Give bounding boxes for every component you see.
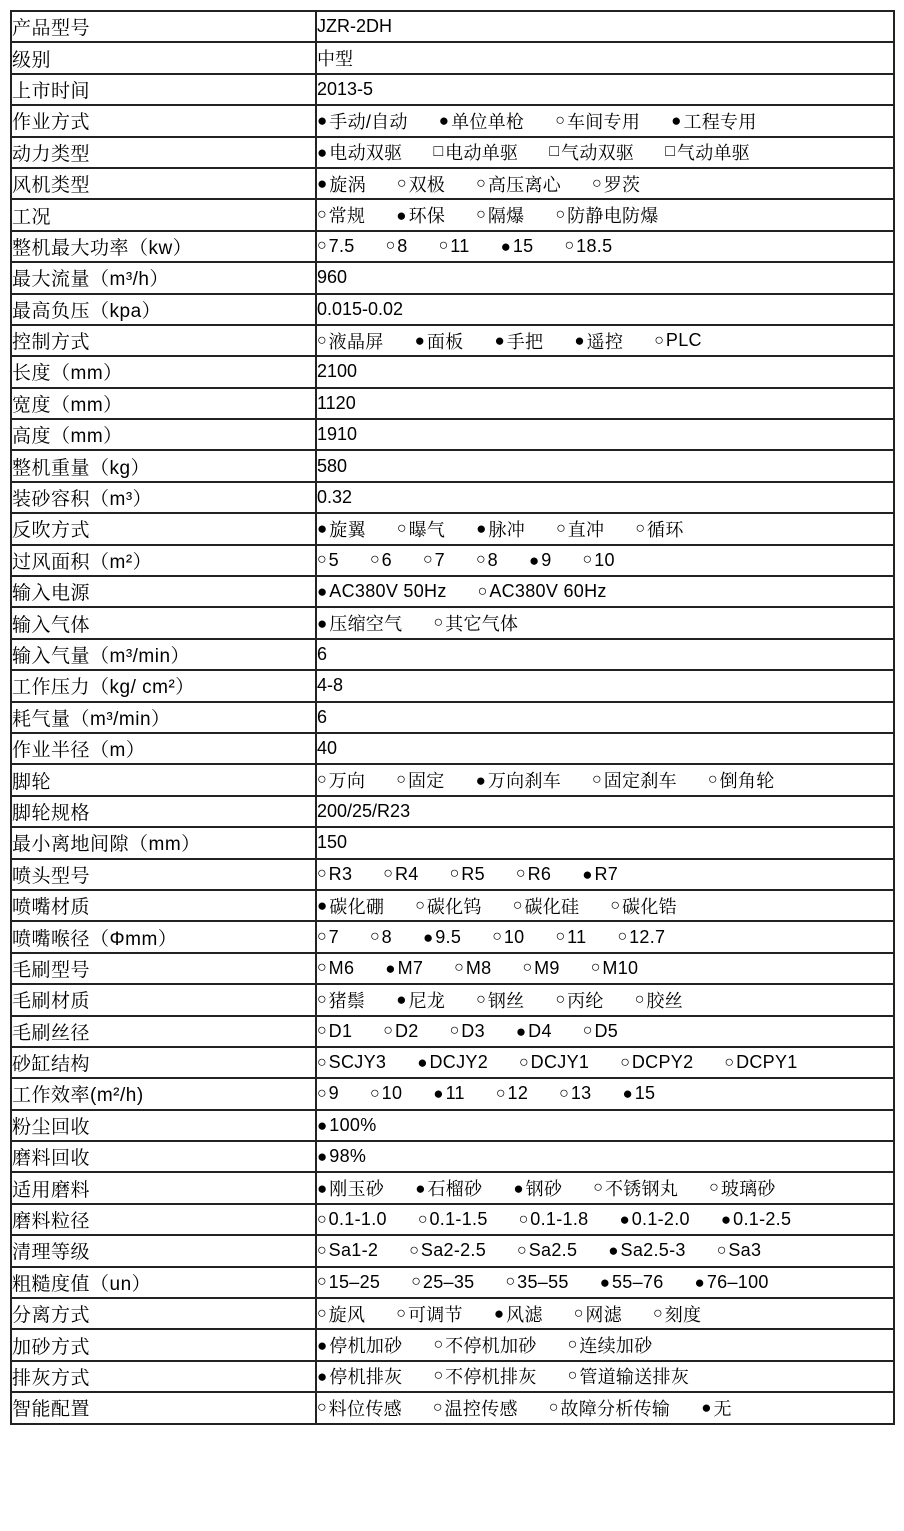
option: ●单位单枪	[439, 108, 524, 134]
table-row: 输入气体●压缩空气○其它气体	[11, 607, 894, 638]
row-value: ○9○10●11○12○13●15	[316, 1078, 894, 1109]
option: ○6	[370, 550, 392, 571]
option: ●旋翼	[317, 516, 366, 542]
row-value: ○Sa1-2○Sa2-2.5○Sa2.5●Sa2.5-3○Sa3	[316, 1235, 894, 1266]
option-label: 碳化钨	[427, 893, 482, 919]
option-group: ○15–25○25–35○35–55●55–76●76–100	[317, 1272, 893, 1293]
row-value: ○旋风○可调节●风滤○网滤○刻度	[316, 1298, 894, 1329]
row-value: 6	[316, 702, 894, 733]
value-text: 200/25/R23	[317, 801, 410, 821]
option: ○10	[370, 1083, 402, 1104]
option: ○直冲	[556, 516, 604, 542]
option: ○隔爆	[476, 202, 524, 228]
option-label: 8	[488, 550, 498, 571]
table-row: 适用磨料●刚玉砂●石榴砂●钢砂○不锈钢丸○玻璃砂	[11, 1172, 894, 1203]
radio-filled-icon: ●	[671, 112, 681, 129]
row-label: 最大流量（m³/h）	[11, 262, 316, 293]
option-group: ●98%	[317, 1146, 893, 1167]
option: ○9	[317, 1083, 339, 1104]
radio-filled-icon: ●	[516, 1023, 526, 1040]
row-value: ○猪鬃●尼龙○钢丝○丙纶○胶丝	[316, 984, 894, 1015]
row-label: 产品型号	[11, 11, 316, 42]
option: ●98%	[317, 1146, 366, 1167]
radio-filled-icon: ●	[415, 1180, 425, 1197]
option-label: 0.1-2.0	[632, 1209, 690, 1230]
option: ○旋风	[317, 1301, 365, 1327]
row-label: 磨料回收	[11, 1141, 316, 1172]
option-label: 旋翼	[329, 516, 366, 542]
option: ○11	[555, 927, 586, 948]
option: ●100%	[317, 1115, 377, 1136]
table-row: 最大流量（m³/h）960	[11, 262, 894, 293]
option: ○常规	[317, 202, 365, 228]
table-row: 排灰方式●停机排灰○不停机排灰○管道输送排灰	[11, 1361, 894, 1392]
table-row: 耗气量（m³/min）6	[11, 702, 894, 733]
option-label: 旋风	[329, 1301, 366, 1327]
radio-filled-icon: ●	[396, 207, 406, 224]
option-label: 35–55	[517, 1272, 569, 1293]
option-group: ○SCJY3●DCJY2○DCJY1○DCPY2○DCPY1	[317, 1052, 893, 1073]
option: ○DCPY1	[724, 1052, 797, 1073]
option: ●万向刹车	[476, 767, 561, 793]
value-text: JZR-2DH	[317, 16, 392, 36]
row-label: 毛刷型号	[11, 953, 316, 984]
table-row: 控制方式○液晶屏●面板●手把●遥控○PLC	[11, 325, 894, 356]
option-label: 8	[397, 236, 407, 257]
option: ○温控传感	[433, 1395, 518, 1421]
row-label: 分离方式	[11, 1298, 316, 1329]
radio-filled-icon: ●	[317, 520, 327, 537]
radio-filled-icon: ●	[317, 583, 327, 600]
option: ○15–25	[317, 1272, 380, 1293]
option: ○D1	[317, 1021, 352, 1042]
option-label: 电动单驱	[445, 139, 518, 165]
option: ●M7	[385, 958, 423, 979]
table-row: 毛刷材质○猪鬃●尼龙○钢丝○丙纶○胶丝	[11, 984, 894, 1015]
row-value: ○万向○固定●万向刹车○固定刹车○倒角轮	[316, 764, 894, 795]
radio-empty-icon: ○	[476, 992, 486, 1008]
option-label: R3	[329, 864, 353, 885]
option: ○循环	[635, 516, 683, 542]
option-label: 猪鬃	[329, 987, 366, 1013]
option: ●面板	[415, 328, 464, 354]
row-value: ○SCJY3●DCJY2○DCJY1○DCPY2○DCPY1	[316, 1047, 894, 1078]
option: ○Sa2.5	[517, 1240, 577, 1261]
option-label: 遥控	[587, 328, 624, 354]
option-label: 0.1-2.5	[733, 1209, 791, 1230]
row-label: 高度（mm）	[11, 419, 316, 450]
radio-empty-icon: ○	[317, 1086, 327, 1102]
option-label: 单位单枪	[451, 108, 524, 134]
option: ●15	[501, 236, 534, 257]
row-value: 6	[316, 639, 894, 670]
option: ○10	[492, 927, 524, 948]
row-label: 控制方式	[11, 325, 316, 356]
radio-empty-icon: ○	[450, 1023, 460, 1039]
option: ○D3	[450, 1021, 485, 1042]
option-group: ○7.5○8○11●15○18.5	[317, 236, 893, 257]
option: ○D5	[583, 1021, 618, 1042]
value-text: 960	[317, 267, 347, 287]
radio-filled-icon: ●	[494, 1305, 504, 1322]
option: ●R7	[582, 864, 618, 885]
option: ●旋涡	[317, 171, 366, 197]
radio-empty-icon: ○	[317, 333, 327, 349]
row-value: 200/25/R23	[316, 796, 894, 827]
option-label: 钢砂	[526, 1175, 563, 1201]
radio-empty-icon: ○	[568, 1337, 578, 1353]
radio-empty-icon: ○	[556, 521, 566, 537]
option-label: 76–100	[707, 1272, 769, 1293]
radio-filled-icon: ●	[695, 1274, 705, 1291]
radio-empty-icon: ○	[317, 1243, 327, 1259]
radio-filled-icon: ●	[317, 897, 327, 914]
radio-filled-icon: ●	[417, 1054, 427, 1071]
row-label: 粗糙度值（un）	[11, 1267, 316, 1298]
option: ○碳化钨	[415, 893, 482, 919]
radio-filled-icon: ●	[574, 332, 584, 349]
option-label: Sa3	[728, 1240, 761, 1261]
option-label: D3	[461, 1021, 485, 1042]
option: ●脉冲	[476, 516, 525, 542]
row-label: 输入气量（m³/min）	[11, 639, 316, 670]
option: ●无	[701, 1395, 732, 1421]
row-value: ●电动双驱□电动单驱□气动双驱□气动单驱	[316, 137, 894, 168]
option: ○固定	[396, 767, 444, 793]
row-label: 整机最大功率（kw）	[11, 231, 316, 262]
row-value: 0.015-0.02	[316, 294, 894, 325]
radio-filled-icon: ●	[317, 175, 327, 192]
table-row: 产品型号JZR-2DH	[11, 11, 894, 42]
radio-empty-icon: ○	[317, 1023, 327, 1039]
radio-filled-icon: ●	[608, 1242, 618, 1259]
option-group: ○Sa1-2○Sa2-2.5○Sa2.5●Sa2.5-3○Sa3	[317, 1240, 893, 1261]
radio-empty-icon: ○	[549, 1400, 559, 1416]
radio-empty-icon: ○	[476, 176, 486, 192]
table-row: 喷嘴喉径（Φmm）○7○8●9.5○10○11○12.7	[11, 921, 894, 952]
radio-filled-icon: ●	[701, 1399, 711, 1416]
radio-empty-icon: ○	[583, 1023, 593, 1039]
radio-empty-icon: ○	[654, 333, 664, 349]
radio-empty-icon: ○	[555, 207, 565, 223]
option-label: 电动双驱	[329, 139, 402, 165]
row-value: ●压缩空气○其它气体	[316, 607, 894, 638]
row-value: ○7.5○8○11●15○18.5	[316, 231, 894, 262]
option-label: 常规	[329, 202, 366, 228]
row-value: 4-8	[316, 670, 894, 701]
option: ●15	[622, 1083, 655, 1104]
row-label: 毛刷材质	[11, 984, 316, 1015]
option-label: 13	[571, 1083, 592, 1104]
option-label: SCJY3	[329, 1052, 387, 1073]
option-label: 高压离心	[488, 171, 561, 197]
option-label: M7	[398, 958, 424, 979]
row-value: ●手动/自动●单位单枪○车间专用●工程专用	[316, 105, 894, 136]
radio-filled-icon: ●	[513, 1180, 523, 1197]
radio-empty-icon: ○	[519, 1212, 529, 1228]
row-label: 毛刷丝径	[11, 1016, 316, 1047]
radio-filled-icon: ●	[317, 1337, 327, 1354]
option-label: Sa2.5	[529, 1240, 578, 1261]
value-text: 2100	[317, 361, 357, 381]
radio-empty-icon: ○	[610, 898, 620, 914]
table-row: 粗糙度值（un）○15–25○25–35○35–55●55–76●76–100	[11, 1267, 894, 1298]
radio-empty-icon: ○	[317, 1400, 327, 1416]
option: ○高压离心	[476, 171, 561, 197]
row-value: 960	[316, 262, 894, 293]
option: ○0.1-1.8	[519, 1209, 589, 1230]
spec-table: 产品型号JZR-2DH级别中型上市时间2013-5作业方式●手动/自动●单位单枪…	[10, 10, 895, 1425]
row-value: 40	[316, 733, 894, 764]
option-label: Sa2.5-3	[621, 1240, 686, 1261]
option-label: 0.1-1.5	[429, 1209, 487, 1230]
option: ○固定刹车	[592, 767, 677, 793]
option-label: DCJY2	[429, 1052, 488, 1073]
option-label: 15–25	[329, 1272, 381, 1293]
radio-empty-icon: ○	[317, 1306, 327, 1322]
option-label: D1	[329, 1021, 353, 1042]
radio-filled-icon: ●	[582, 866, 592, 883]
row-label: 磨料粒径	[11, 1204, 316, 1235]
value-text: 1120	[317, 393, 356, 413]
option: ○其它气体	[433, 610, 518, 636]
option: ○M8	[454, 958, 491, 979]
option: ○管道输送排灰	[568, 1363, 689, 1389]
radio-filled-icon: ●	[317, 1148, 327, 1165]
option: ○R3	[317, 864, 352, 885]
radio-empty-icon: ○	[724, 1055, 734, 1071]
option-label: 无	[714, 1395, 732, 1421]
option-group: ○D1○D2○D3●D4○D5	[317, 1021, 893, 1042]
radio-filled-icon: ●	[317, 1180, 327, 1197]
option: ●0.1-2.5	[721, 1209, 791, 1230]
option-label: 98%	[329, 1146, 366, 1167]
option-group: ○猪鬃●尼龙○钢丝○丙纶○胶丝	[317, 987, 893, 1013]
option-label: 7	[329, 927, 339, 948]
option-label: 双极	[409, 171, 446, 197]
row-label: 粉尘回收	[11, 1110, 316, 1141]
option-label: 不锈钢丸	[605, 1175, 678, 1201]
option: ○18.5	[564, 236, 612, 257]
row-label: 喷嘴材质	[11, 890, 316, 921]
radio-empty-icon: ○	[386, 238, 396, 254]
radio-filled-icon: ●	[423, 929, 433, 946]
table-row: 智能配置○料位传感○温控传感○故障分析传输●无	[11, 1392, 894, 1423]
option-label: R7	[594, 864, 618, 885]
option-group: ●刚玉砂●石榴砂●钢砂○不锈钢丸○玻璃砂	[317, 1175, 893, 1201]
table-row: 加砂方式●停机加砂○不停机加砂○连续加砂	[11, 1329, 894, 1360]
table-row: 输入电源●AC380V 50Hz○AC380V 60Hz	[11, 576, 894, 607]
option: ●石榴砂	[415, 1175, 482, 1201]
radio-empty-icon: ○	[505, 1274, 515, 1290]
radio-empty-icon: ○	[555, 929, 565, 945]
option: ●Sa2.5-3	[608, 1240, 685, 1261]
option-group: ○液晶屏●面板●手把●遥控○PLC	[317, 328, 893, 354]
option: □气动单驱	[665, 139, 750, 165]
row-label: 最高负压（kpa）	[11, 294, 316, 325]
option: ○Sa3	[717, 1240, 762, 1261]
row-label: 动力类型	[11, 137, 316, 168]
option-label: 可调节	[408, 1301, 463, 1327]
option-label: 脉冲	[488, 516, 525, 542]
option: ○车间专用	[555, 108, 640, 134]
option-label: 风滤	[506, 1301, 543, 1327]
table-row: 喷嘴材质●碳化硼○碳化钨○碳化硅○碳化锆	[11, 890, 894, 921]
option-label: DCPY1	[736, 1052, 798, 1073]
row-value: ●停机排灰○不停机排灰○管道输送排灰	[316, 1361, 894, 1392]
option-label: 11	[450, 236, 469, 257]
option-label: 不停机加砂	[445, 1332, 537, 1358]
radio-empty-icon: ○	[433, 1337, 443, 1353]
radio-filled-icon: ●	[619, 1211, 629, 1228]
option-label: 10	[382, 1083, 403, 1104]
option-group: ●电动双驱□电动单驱□气动双驱□气动单驱	[317, 139, 893, 165]
option-label: 0.1-1.0	[329, 1209, 387, 1230]
option: ●环保	[396, 202, 445, 228]
radio-filled-icon: ●	[317, 615, 327, 632]
table-row: 砂缸结构○SCJY3●DCJY2○DCJY1○DCPY2○DCPY1	[11, 1047, 894, 1078]
row-value: 150	[316, 827, 894, 858]
option-label: 固定刹车	[604, 767, 677, 793]
radio-filled-icon: ●	[415, 332, 425, 349]
option-group: ○料位传感○温控传感○故障分析传输●无	[317, 1395, 893, 1421]
option: ○曝气	[397, 516, 445, 542]
option: ●9.5	[423, 927, 461, 948]
table-row: 磨料粒径○0.1-1.0○0.1-1.5○0.1-1.8●0.1-2.0●0.1…	[11, 1204, 894, 1235]
option: ○12	[496, 1083, 528, 1104]
option-label: 面板	[427, 328, 464, 354]
option-label: M8	[466, 958, 492, 979]
option-label: PLC	[666, 330, 702, 351]
option-label: 压缩空气	[329, 610, 402, 636]
option-label: 料位传感	[329, 1395, 402, 1421]
option-label: 石榴砂	[427, 1175, 482, 1201]
table-row: 上市时间2013-5	[11, 74, 894, 105]
table-row: 工作压力（kg/ cm²）4-8	[11, 670, 894, 701]
row-label: 喷嘴喉径（Φmm）	[11, 921, 316, 952]
option: ○不锈钢丸	[593, 1175, 678, 1201]
table-row: 整机重量（kg）580	[11, 450, 894, 481]
option-label: 25–35	[423, 1272, 475, 1293]
row-value: 1910	[316, 419, 894, 450]
row-value: ○常规●环保○隔爆○防静电防爆	[316, 199, 894, 230]
table-row: 过风面积（m²）○5○6○7○8●9○10	[11, 545, 894, 576]
option-label: 固定	[408, 767, 445, 793]
row-value: ○5○6○7○8●9○10	[316, 545, 894, 576]
row-label: 作业方式	[11, 105, 316, 136]
option-label: 碳化硅	[524, 893, 579, 919]
option: ●风滤	[494, 1301, 543, 1327]
option-label: D4	[528, 1021, 552, 1042]
row-label: 整机重量（kg）	[11, 450, 316, 481]
option: ○SCJY3	[317, 1052, 386, 1073]
radio-empty-icon: ○	[317, 772, 327, 788]
radio-filled-icon: ●	[622, 1085, 632, 1102]
row-label: 长度（mm）	[11, 356, 316, 387]
row-label: 智能配置	[11, 1392, 316, 1423]
table-row: 最高负压（kpa）0.015-0.02	[11, 294, 894, 325]
option-label: AC380V 50Hz	[329, 581, 446, 602]
option-label: 气动双驱	[561, 139, 634, 165]
row-value: ●AC380V 50Hz○AC380V 60Hz	[316, 576, 894, 607]
table-row: 毛刷丝径○D1○D2○D3●D4○D5	[11, 1016, 894, 1047]
option-label: M6	[329, 958, 355, 979]
option-label: 温控传感	[445, 1395, 518, 1421]
option-group: ●100%	[317, 1115, 893, 1136]
option-label: 刻度	[665, 1301, 702, 1327]
option-group: ●压缩空气○其它气体	[317, 610, 893, 636]
table-row: 长度（mm）2100	[11, 356, 894, 387]
row-label: 清理等级	[11, 1235, 316, 1266]
radio-empty-icon: ○	[476, 207, 486, 223]
row-value: ●旋翼○曝气●脉冲○直冲○循环	[316, 513, 894, 544]
option-label: 直冲	[568, 516, 605, 542]
option: □气动双驱	[549, 139, 634, 165]
row-label: 反吹方式	[11, 513, 316, 544]
option: ○玻璃砂	[709, 1175, 776, 1201]
table-row: 高度（mm）1910	[11, 419, 894, 450]
option-label: DCPY2	[632, 1052, 694, 1073]
option: ●工程专用	[671, 108, 756, 134]
radio-empty-icon: ○	[433, 1400, 443, 1416]
option: ●9	[529, 550, 552, 571]
radio-empty-icon: ○	[397, 176, 407, 192]
radio-empty-icon: ○	[592, 772, 602, 788]
radio-filled-icon: ●	[433, 1085, 443, 1102]
row-value: ●碳化硼○碳化钨○碳化硅○碳化锆	[316, 890, 894, 921]
option-label: R6	[528, 864, 552, 885]
option-label: 18.5	[576, 236, 612, 257]
radio-empty-icon: ○	[574, 1306, 584, 1322]
option: ○网滤	[574, 1301, 622, 1327]
option-label: 碳化锆	[622, 893, 677, 919]
option: ○连续加砂	[568, 1332, 653, 1358]
option-group: ●停机加砂○不停机加砂○连续加砂	[317, 1332, 893, 1358]
option: ●手动/自动	[317, 108, 408, 134]
option-group: ○万向○固定●万向刹车○固定刹车○倒角轮	[317, 767, 893, 793]
table-row: 工作效率(m²/h)○9○10●11○12○13●15	[11, 1078, 894, 1109]
radio-empty-icon: ○	[476, 552, 486, 568]
option-label: 7.5	[329, 236, 355, 257]
radio-empty-icon: ○	[317, 238, 327, 254]
option-label: 尼龙	[409, 987, 446, 1013]
row-label: 砂缸结构	[11, 1047, 316, 1078]
option: ○猪鬃	[317, 987, 365, 1013]
radio-filled-icon: ●	[317, 1368, 327, 1385]
row-value: 1120	[316, 388, 894, 419]
radio-empty-icon: ○	[450, 866, 460, 882]
row-value: ○0.1-1.0○0.1-1.5○0.1-1.8●0.1-2.0●0.1-2.5	[316, 1204, 894, 1235]
value-text: 0.015-0.02	[317, 299, 403, 319]
radio-empty-icon: ○	[516, 866, 526, 882]
row-value: ○15–25○25–35○35–55●55–76●76–100	[316, 1267, 894, 1298]
option-label: 胶丝	[646, 987, 683, 1013]
radio-empty-icon: ○	[522, 960, 532, 976]
radio-empty-icon: ○	[583, 552, 593, 568]
radio-filled-icon: ●	[317, 144, 327, 161]
option: ○PLC	[654, 330, 702, 351]
product-spec-sheet: 产品型号JZR-2DH级别中型上市时间2013-5作业方式●手动/自动●单位单枪…	[10, 10, 895, 1425]
radio-empty-icon: ○	[653, 1306, 663, 1322]
option-group: ○0.1-1.0○0.1-1.5○0.1-1.8●0.1-2.0●0.1-2.5	[317, 1209, 893, 1230]
option-label: 万向刹车	[488, 767, 561, 793]
option: ○料位传感	[317, 1395, 402, 1421]
option-label: 12	[508, 1083, 529, 1104]
radio-empty-icon: ○	[454, 960, 464, 976]
row-value: ●刚玉砂●石榴砂●钢砂○不锈钢丸○玻璃砂	[316, 1172, 894, 1203]
radio-empty-icon: ○	[635, 521, 645, 537]
radio-empty-icon: ○	[496, 1086, 506, 1102]
